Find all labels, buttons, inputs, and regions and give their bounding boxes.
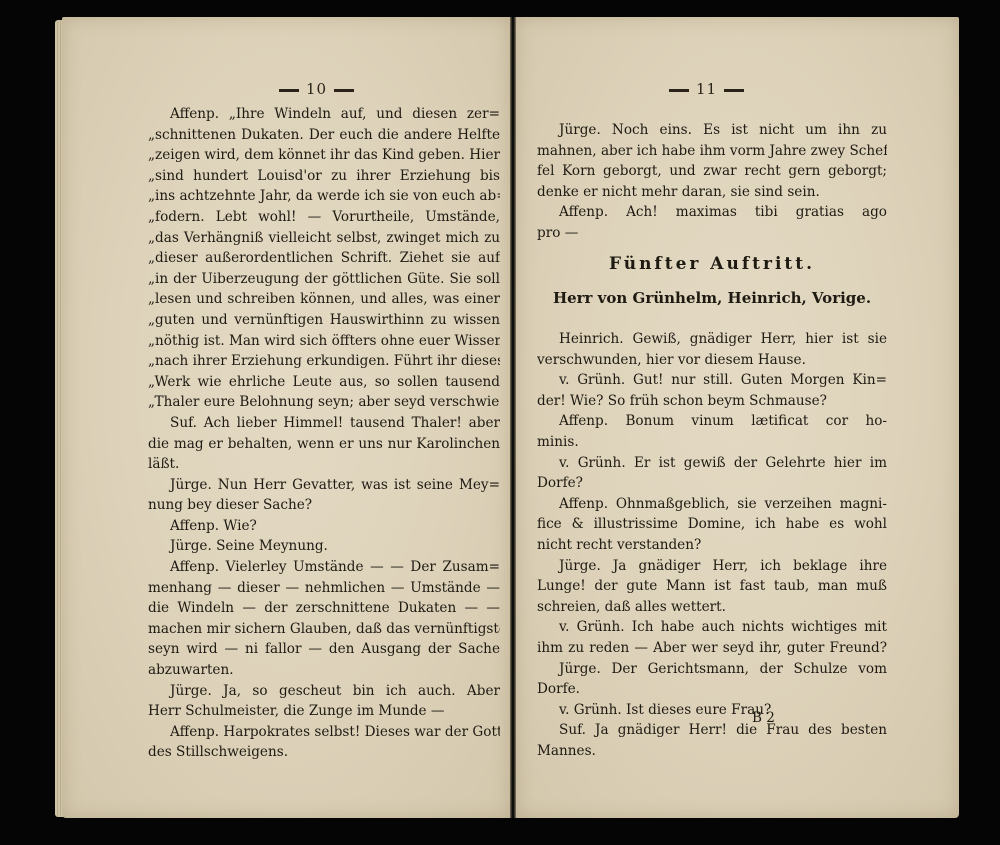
text-line: seyn wird — ni fallor — den Ausgang der … [148, 639, 500, 660]
text-line: machen mir sichern Glauben, daß das vern… [148, 619, 500, 640]
signature-mark: B 2 [752, 710, 775, 726]
text-line: „dieser außerordentlichen Schrift. Ziehe… [148, 248, 500, 269]
text-line: denke er nicht mehr daran, sie sind sein… [537, 182, 887, 203]
text-line: Lunge! der gute Mann ist fast taub, man … [537, 576, 887, 597]
text-line: Affenp. Harpokrates selbst! Dieses war d… [148, 722, 500, 743]
page-number-left: 10 [272, 80, 361, 98]
scene-heading: Fünfter Auftritt. [537, 254, 887, 274]
text-line: „in der Uiberzeugung der göttlichen Güte… [148, 269, 500, 290]
text-line: nicht recht verstanden? [537, 535, 887, 556]
text-line: Jürge. Der Gerichtsmann, der Schulze vom [537, 659, 887, 680]
text-line: „nöthig ist. Man wird sich öffters ohne … [148, 331, 500, 352]
text-line: v. Grünh. Gut! nur still. Guten Morgen K… [537, 370, 887, 391]
scene-characters: Herr von Grünhelm, Heinrich, Vorige. [537, 289, 887, 307]
right-page: 11 Jürge. Noch eins. Es ist nicht um ihn… [516, 17, 959, 818]
text-line: Dorfe. [537, 679, 887, 700]
text-line: v. Grünh. Ist dieses eure Frau? [537, 700, 887, 721]
text-line: „sind hundert Louisd'or zu ihrer Erziehu… [148, 166, 500, 187]
text-line: die mag er behalten, wenn er uns nur Kar… [148, 434, 500, 455]
text-line: der! Wie? So früh schon beym Schmause? [537, 391, 887, 412]
text-line: Mannes. [537, 741, 887, 762]
text-line: „Werk wie ehrliche Leute aus, so sollen … [148, 372, 500, 393]
text-line: fel Korn geborgt, und zwar recht gern ge… [537, 161, 887, 182]
text-line: Affenp. Bonum vinum lætificat cor ho- [537, 411, 887, 432]
right-page-text-bottom: Heinrich. Gewiß, gnädiger Herr, hier ist… [537, 329, 887, 761]
folio-ornament [334, 89, 354, 92]
text-line: Suf. Ja gnädiger Herr! die Frau des best… [537, 720, 887, 741]
text-line: „schnittenen Dukaten. Der euch die ander… [148, 125, 500, 146]
text-line: die Windeln — der zerschnittene Dukaten … [148, 598, 500, 619]
right-page-text-top: Jürge. Noch eins. Es ist nicht um ihn zu… [537, 120, 887, 244]
text-line: des Stillschweigens. [148, 742, 500, 763]
text-line: Suf. Ach lieber Himmel! tausend Thaler! … [148, 413, 500, 434]
text-line: menhang — dieser — nehmlichen — Umstände… [148, 578, 500, 599]
text-line: fice & illustrissime Domine, ich habe es… [537, 514, 887, 535]
text-line: „ins achtzehnte Jahr, da werde ich sie v… [148, 186, 500, 207]
text-line: „lesen und schreiben können, und alles, … [148, 289, 500, 310]
text-line: läßt. [148, 454, 500, 475]
text-line: Herr Schulmeister, die Zunge im Munde — [148, 701, 500, 722]
text-line: Dorfe? [537, 473, 887, 494]
page-number-right: 11 [662, 80, 751, 98]
text-line: v. Grünh. Ich habe auch nichts wichtiges… [537, 617, 887, 638]
text-line: „guten und vernünftigen Hauswirthinn zu … [148, 310, 500, 331]
folio-ornament [724, 89, 744, 92]
text-line: mahnen, aber ich habe ihm vorm Jahre zwe… [537, 141, 887, 162]
text-line: Jürge. Ja, so gescheut bin ich auch. Abe… [148, 681, 500, 702]
text-line: Affenp. Ohnmaßgeblich, sie verzeihen mag… [537, 494, 887, 515]
text-line: Jürge. Noch eins. Es ist nicht um ihn zu [537, 120, 887, 141]
left-page-text: Affenp. „Ihre Windeln auf, und diesen ze… [148, 104, 500, 763]
text-line: „das Verhängniß vielleicht selbst, zwing… [148, 228, 500, 249]
text-line: Affenp. Wie? [148, 516, 500, 537]
text-line: Affenp. „Ihre Windeln auf, und diesen ze… [148, 104, 500, 125]
text-line: Affenp. Ach! maximas tibi gratias ago [537, 202, 887, 223]
text-line: Affenp. Vielerley Umstände — — Der Zusam… [148, 557, 500, 578]
text-line: „nach ihrer Erziehung erkundigen. Führt … [148, 351, 500, 372]
text-line: schreien, daß alles wettert. [537, 597, 887, 618]
text-line: Jürge. Nun Herr Gevatter, was ist seine … [148, 475, 500, 496]
text-line: Heinrich. Gewiß, gnädiger Herr, hier ist… [537, 329, 887, 350]
text-line: minis. [537, 432, 887, 453]
text-line: Jürge. Ja gnädiger Herr, ich beklage ihr… [537, 556, 887, 577]
text-line: „Thaler eure Belohnung seyn; aber seyd v… [148, 392, 500, 413]
text-line: verschwunden, hier vor diesem Hause. [537, 350, 887, 371]
left-page: 10 Affenp. „Ihre Windeln auf, und diesen… [62, 17, 510, 818]
text-line: „zeigen wird, dem könnet ihr das Kind ge… [148, 145, 500, 166]
text-line: abzuwarten. [148, 660, 500, 681]
text-line: pro — [537, 223, 887, 244]
folio-ornament [279, 89, 299, 92]
text-line: „fodern. Lebt wohl! — Vorurtheile, Umstä… [148, 207, 500, 228]
text-line: v. Grünh. Er ist gewiß der Gelehrte hier… [537, 453, 887, 474]
text-line: Jürge. Seine Meynung. [148, 536, 500, 557]
folio-ornament [669, 89, 689, 92]
text-line: nung bey dieser Sache? [148, 495, 500, 516]
text-line: ihm zu reden — Aber wer seyd ihr, guter … [537, 638, 887, 659]
